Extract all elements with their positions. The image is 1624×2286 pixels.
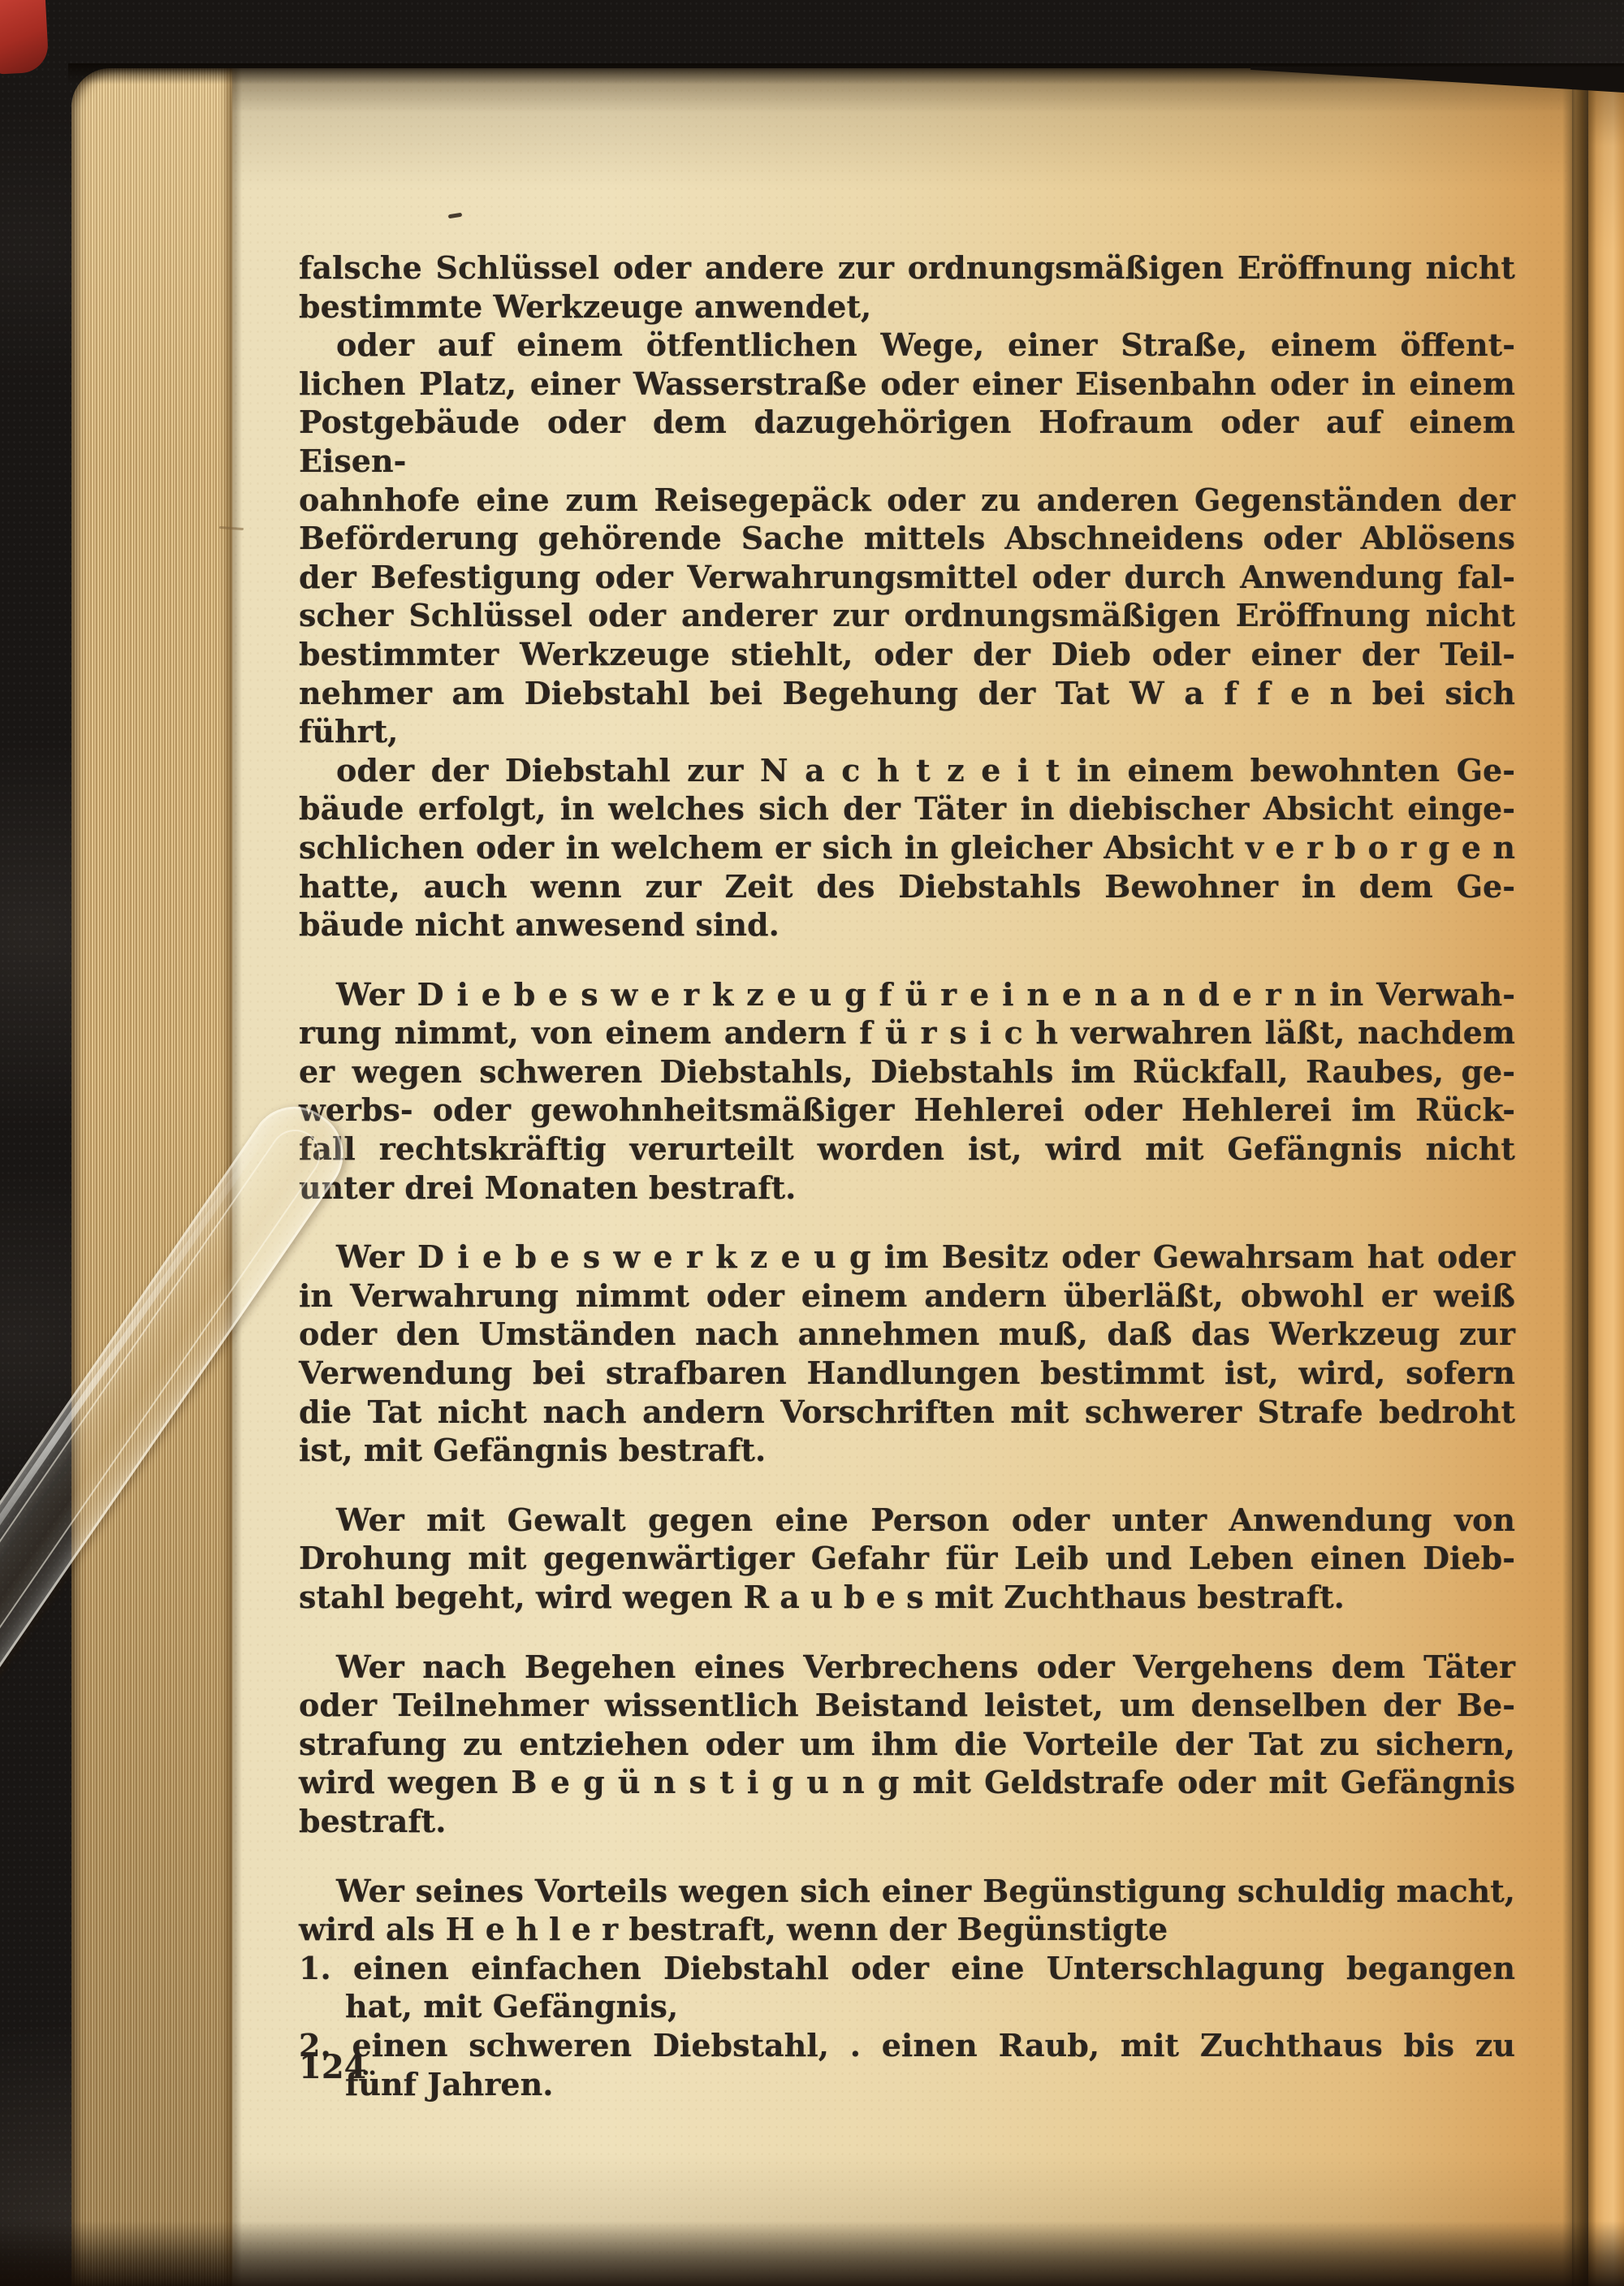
paragraph: falsche Schlüssel oder andere zur ordnun… [299,248,1515,326]
text-line: lichen Platz, einer Wasserstraße oder ei… [299,365,1515,404]
text-line: bestimmte Werkzeuge anwendet, [299,287,1515,326]
text-line: oder den Umständen nach annehmen muß, da… [299,1315,1515,1354]
text-line: Postgebäude oder dem dazugehörigen Hofra… [299,403,1515,480]
text-line: bestimmter Werkzeuge stiehlt, oder der D… [299,635,1515,674]
text-line: Wer mit Gewalt gegen eine Person oder un… [299,1501,1515,1540]
page-gutter-shadow [1562,78,1596,2286]
text-line: die Tat nicht nach andern Vorschriften m… [299,1393,1515,1432]
text-line: Beförderung gehörende Sache mittels Absc… [299,519,1515,558]
text-line: er wegen schweren Diebstahls, Diebstahls… [299,1052,1515,1091]
paragraph: Wer D i e b e s w e r k z e u g f ü r e … [299,975,1515,1208]
text-line: unter drei Monaten bestraft. [299,1169,1515,1208]
text-line: bestraft. [299,1802,1515,1841]
text-line: Wer seines Vorteils wegen sich einer Beg… [299,1872,1515,1911]
text-line: fünf Jahren. [299,2065,1515,2104]
text-line: wird wegen B e g ü n s t i g u n g mit G… [299,1763,1515,1802]
text-line: Wer D i e b e s w e r k z e u g im Besit… [299,1238,1515,1277]
text-line: falsche Schlüssel oder andere zur ordnun… [299,248,1515,287]
paragraph: Wer nach Begehen eines Verbrechens oder … [299,1648,1515,1841]
book-photo-scene: falsche Schlüssel oder andere zur ordnun… [0,0,1624,2286]
paragraph: oder der Diebstahl zur N a c h t z e i t… [299,751,1515,944]
page-number: 124 [299,2048,367,2086]
text-line: oder auf einem ötfentlichen Wege, einer … [299,326,1515,365]
text-line: bäude erfolgt, in welches sich der Täter… [299,789,1515,828]
text-line: oder Teilnehmer wissentlich Beistand lei… [299,1686,1515,1725]
text-line: rung nimmt, von einem andern f ü r s i c… [299,1013,1515,1052]
page-text-block: falsche Schlüssel oder andere zur ordnun… [299,248,1515,2103]
text-line: Wer D i e b e s w e r k z e u g f ü r e … [299,975,1515,1014]
book-fore-edge-pages [71,68,234,2286]
paragraph: Wer mit Gewalt gegen eine Person oder un… [299,1501,1515,1617]
paragraph: Wer seines Vorteils wegen sich einer Beg… [299,1872,1515,1949]
text-line: stahl begeht, wird wegen R a u b e s mit… [299,1578,1515,1617]
text-line: werbs- oder gewohnheitsmäßiger Hehlerei … [299,1091,1515,1130]
text-line: Wer nach Begehen eines Verbrechens oder … [299,1648,1515,1687]
text-line: 1. einen einfachen Diebstahl oder eine U… [299,1949,1515,1988]
text-line: in Verwahrung nimmt oder einem andern üb… [299,1277,1515,1316]
text-line: hatte, auch wenn zur Zeit des Diebstahls… [299,867,1515,906]
paragraph: Wer D i e b e s w e r k z e u g im Besit… [299,1238,1515,1470]
photo-bottom-vignette [0,2221,1624,2286]
text-line: strafung zu entziehen oder um ihm die Vo… [299,1725,1515,1764]
text-line: schlichen oder in welchem er sich in gle… [299,828,1515,867]
text-line: Drohung mit gegenwärtiger Gefahr für Lei… [299,1539,1515,1578]
text-line: 2. einen schweren Diebstahl, . einen Rau… [299,2026,1515,2065]
paragraph: 1. einen einfachen Diebstahl oder eine U… [299,1949,1515,2103]
text-line: führt, [299,712,1515,751]
text-line: scher Schlüssel oder anderer zur ordnung… [299,596,1515,635]
text-line: wird als H e h l e r bestraft, wenn der … [299,1910,1515,1949]
text-line: bäude nicht anwesend sind. [299,905,1515,944]
text-line: fall rechtskräftig verurteilt worden ist… [299,1130,1515,1169]
text-line: Verwendung bei strafbaren Handlungen bes… [299,1354,1515,1393]
text-line: ist, mit Gefängnis bestraft. [299,1431,1515,1470]
text-line: oder der Diebstahl zur N a c h t z e i t… [299,751,1515,790]
text-line: nehmer am Diebstahl bei Begehung der Tat… [299,674,1515,713]
text-line: oahnhofe eine zum Reisegepäck oder zu an… [299,481,1515,520]
paragraph: oder auf einem ötfentlichen Wege, einer … [299,326,1515,751]
text-line: hat, mit Gefängnis, [299,1987,1515,2026]
text-line: der Befestigung oder Verwahrungsmittel o… [299,558,1515,597]
